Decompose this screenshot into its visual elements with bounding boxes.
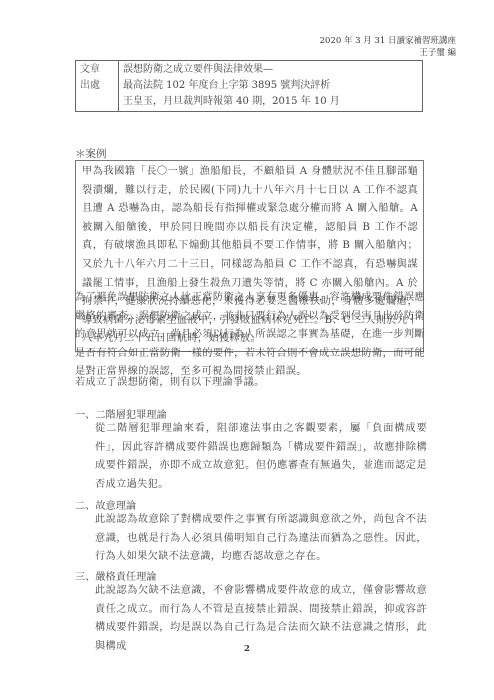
page-header: 2020 年 3 月 31 日讀家補習班講座 王子璽 編 (320, 35, 456, 59)
document-page: 2020 年 3 月 31 日讀家補習班講座 王子璽 編 文章 出處 誤想防衛之… (0, 0, 494, 700)
theory-body-two-tier: 從二階層犯罪理論來看，阻卻違法事由之客觀要素，屬「負面構成要件」，因此容許構成要… (95, 420, 427, 494)
case-heading: ＊案例 (75, 146, 107, 161)
header-date-course: 2020 年 3 月 31 日讀家補習班講座 (320, 35, 456, 47)
article-source-table: 文章 出處 誤想防衛之成立要件與法律效果— 最高法院 102 年度台上字第 38… (75, 60, 423, 112)
theory-title-strict-culpability: 三、嚴格責任理論 (75, 568, 157, 583)
page-number: 2 (0, 644, 494, 654)
source-judgment: 最高法院 102 年度台上字第 3895 號判決評析 (123, 78, 418, 94)
header-editor: 王子璽 編 (320, 47, 456, 59)
paragraph-theory-intro: 若成立了誤想防衛，則有以下理論爭議。 (75, 374, 425, 393)
source-citation: 王皇玉，月旦裁判時報第 40 期，2015 年 10 月 (123, 94, 418, 110)
theory-title-two-tier: 一、二階層犯罪理論 (75, 406, 167, 421)
theory-title-intent: 二、故意理論 (75, 497, 136, 512)
source-label: 文章 出處 (76, 61, 119, 112)
source-article-title: 誤想防衛之成立要件與法律效果— (123, 62, 418, 78)
source-details: 誤想防衛之成立要件與法律效果— 最高法院 102 年度台上字第 3895 號判決… (119, 61, 423, 112)
paragraph-misconceived-defense: 為了避免誤想防衛之人比正當防衛之人享有更多優惠，容許構成要件錯誤應嚴格的審查，誤… (75, 289, 425, 382)
theory-body-intent: 此說認為故意除了對構成要件之事實有所認識與意欲之外，尚包含不法意識，也就是行為人… (95, 511, 427, 567)
